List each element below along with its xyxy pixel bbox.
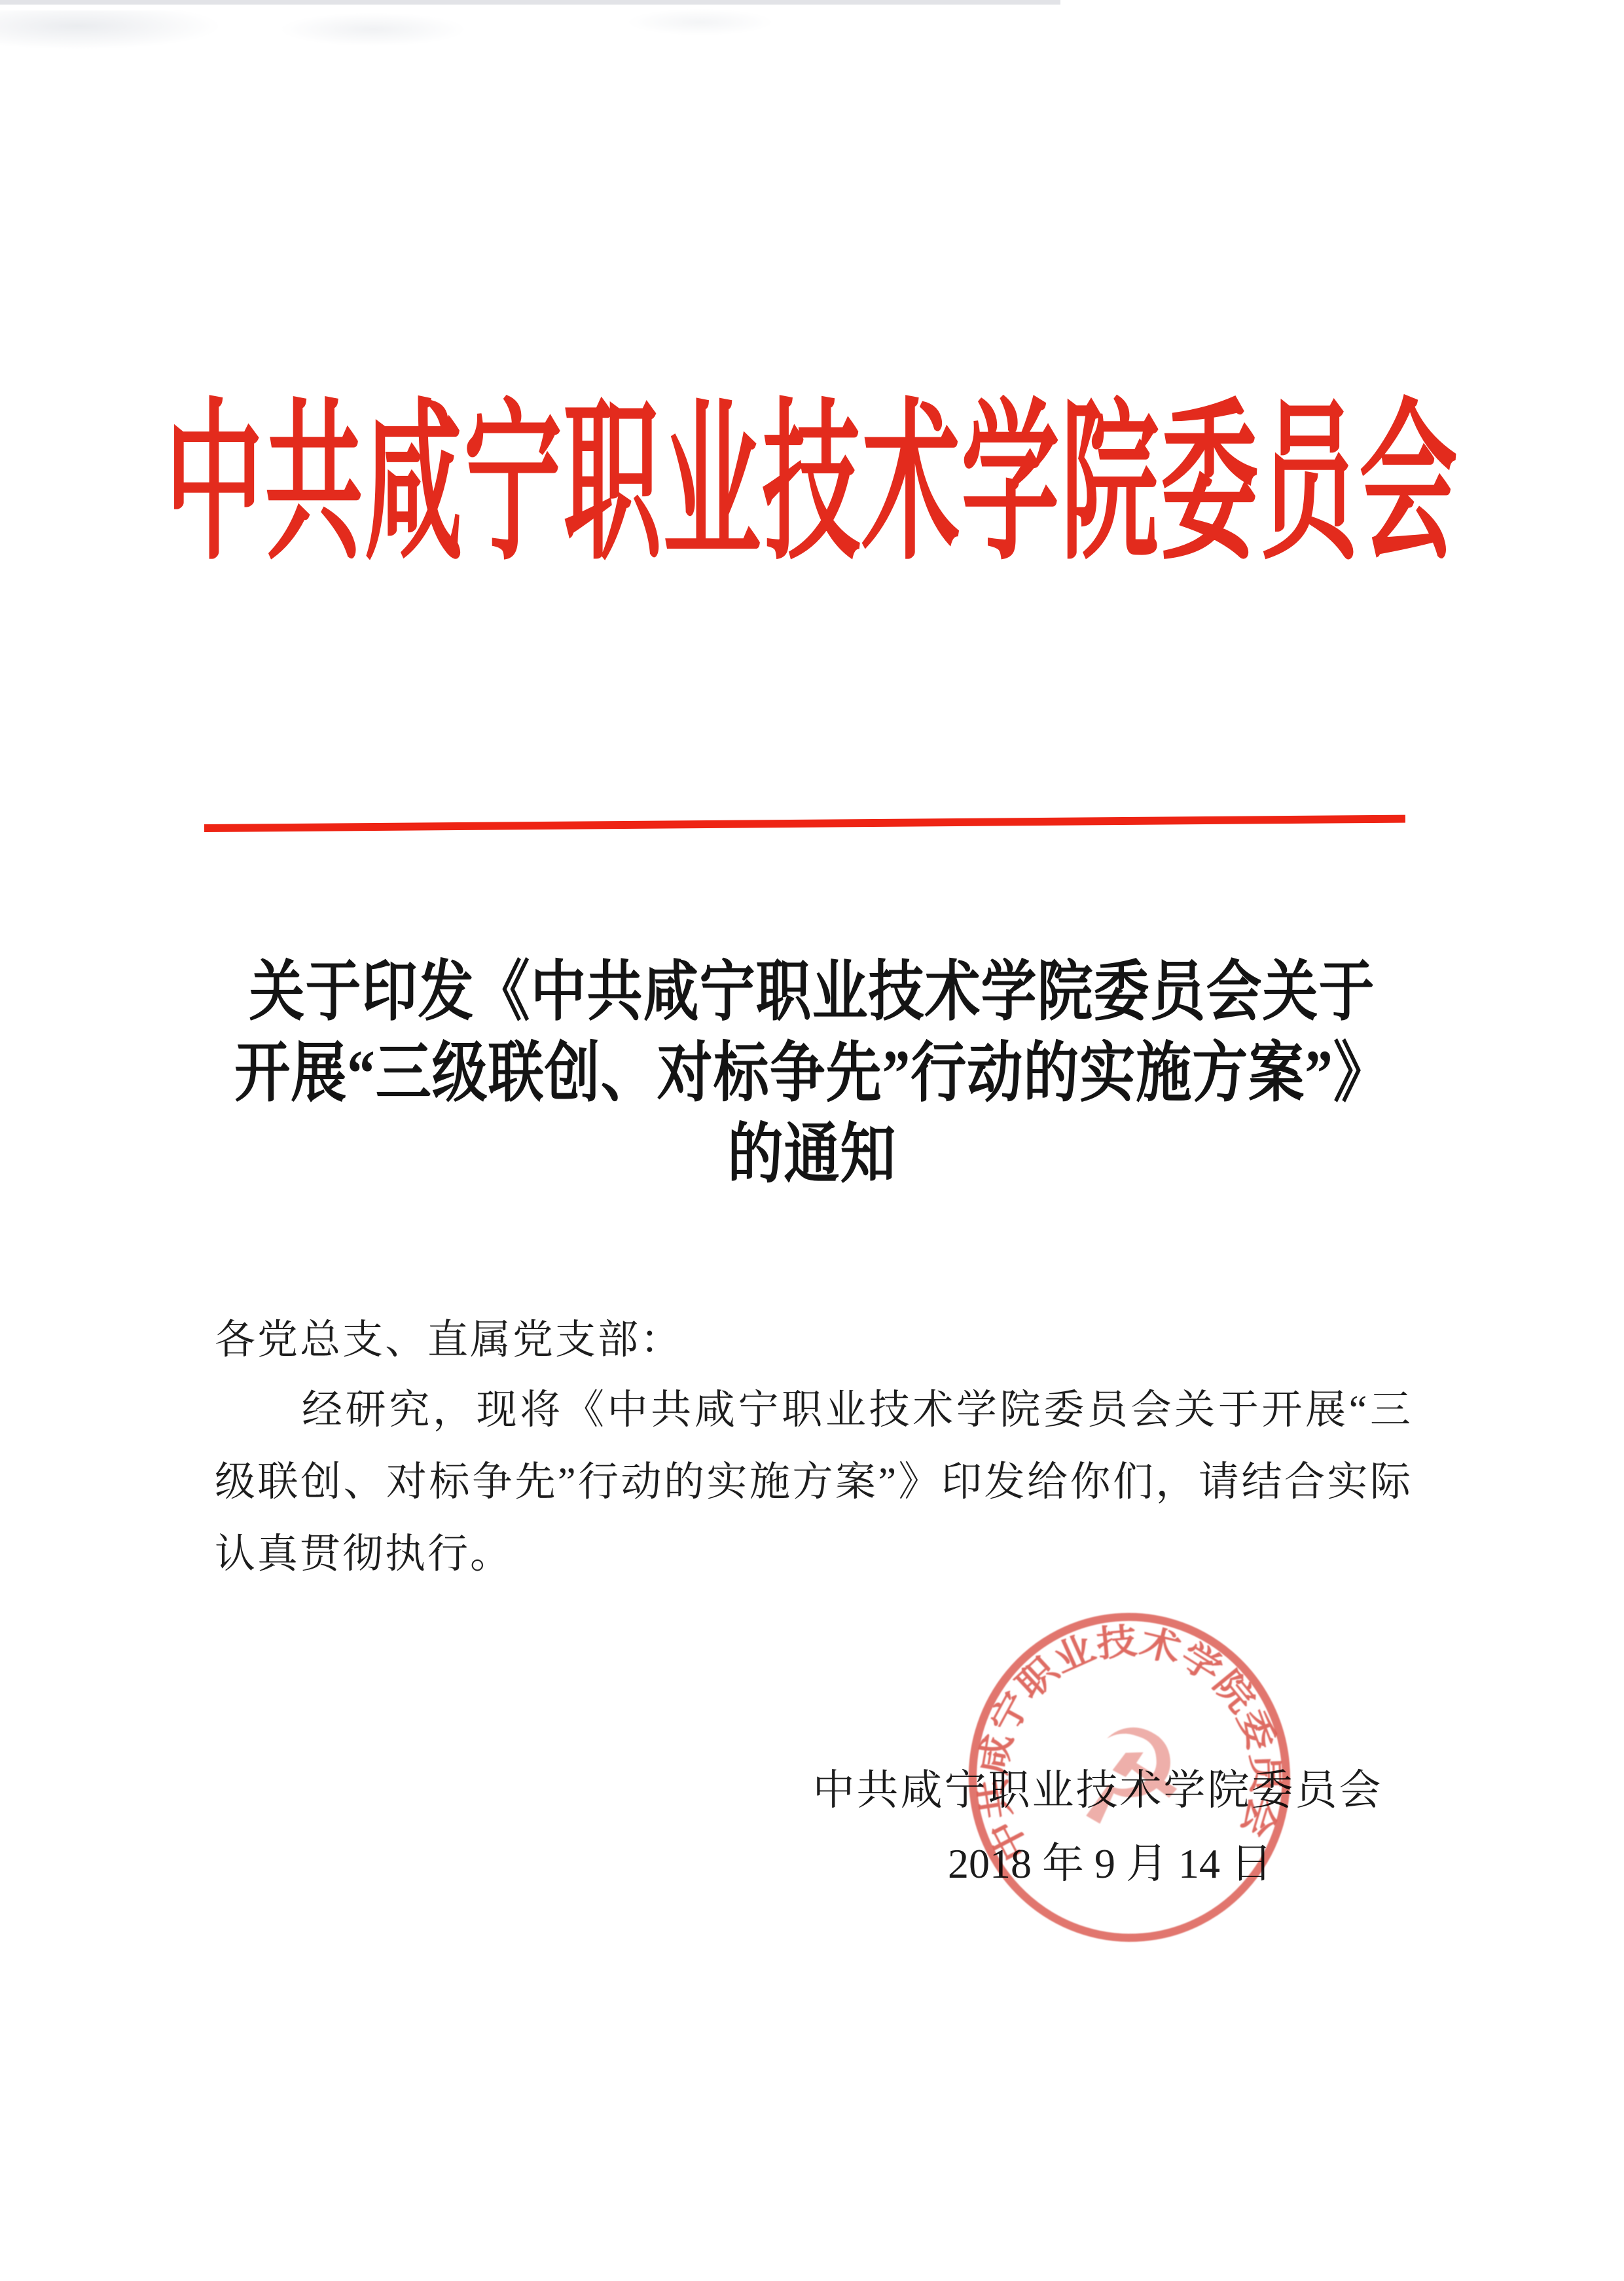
document-title: 关于印发《中共咸宁职业技术学院委员会关于 开展“三级联创、对标争先”行动的实施方… (0, 952, 1624, 1195)
document-page: 中共咸宁职业技术学院委员会 关于印发《中共咸宁职业技术学院委员会关于 开展“三级… (0, 0, 1624, 2281)
title-line-3: 的通知 (0, 1107, 1624, 1203)
official-seal: 中共咸宁职业技术学院委员会 ☭ (941, 1586, 1318, 1963)
hammer-sickle-icon: ☭ (1066, 1698, 1193, 1855)
masthead-title-text: 中共咸宁职业技术学院委员会 (165, 399, 1458, 572)
salutation: 各党总支、直属党支部： (215, 1307, 683, 1365)
scan-artifact-smudge (281, 13, 465, 46)
body-paragraph: 经研究，现将《中共咸宁职业技术学院委员会关于开展“三级联创、对标争先”行动的实施… (215, 1374, 1413, 1590)
red-divider-line (204, 815, 1405, 832)
seal-graphic: 中共咸宁职业技术学院委员会 ☭ (941, 1586, 1318, 1963)
scan-artifact-smudge (0, 10, 223, 50)
scan-artifact-top-edge (0, 0, 1060, 5)
masthead: 中共咸宁职业技术学院委员会 (0, 399, 1624, 572)
scan-artifact-smudge (628, 9, 772, 35)
